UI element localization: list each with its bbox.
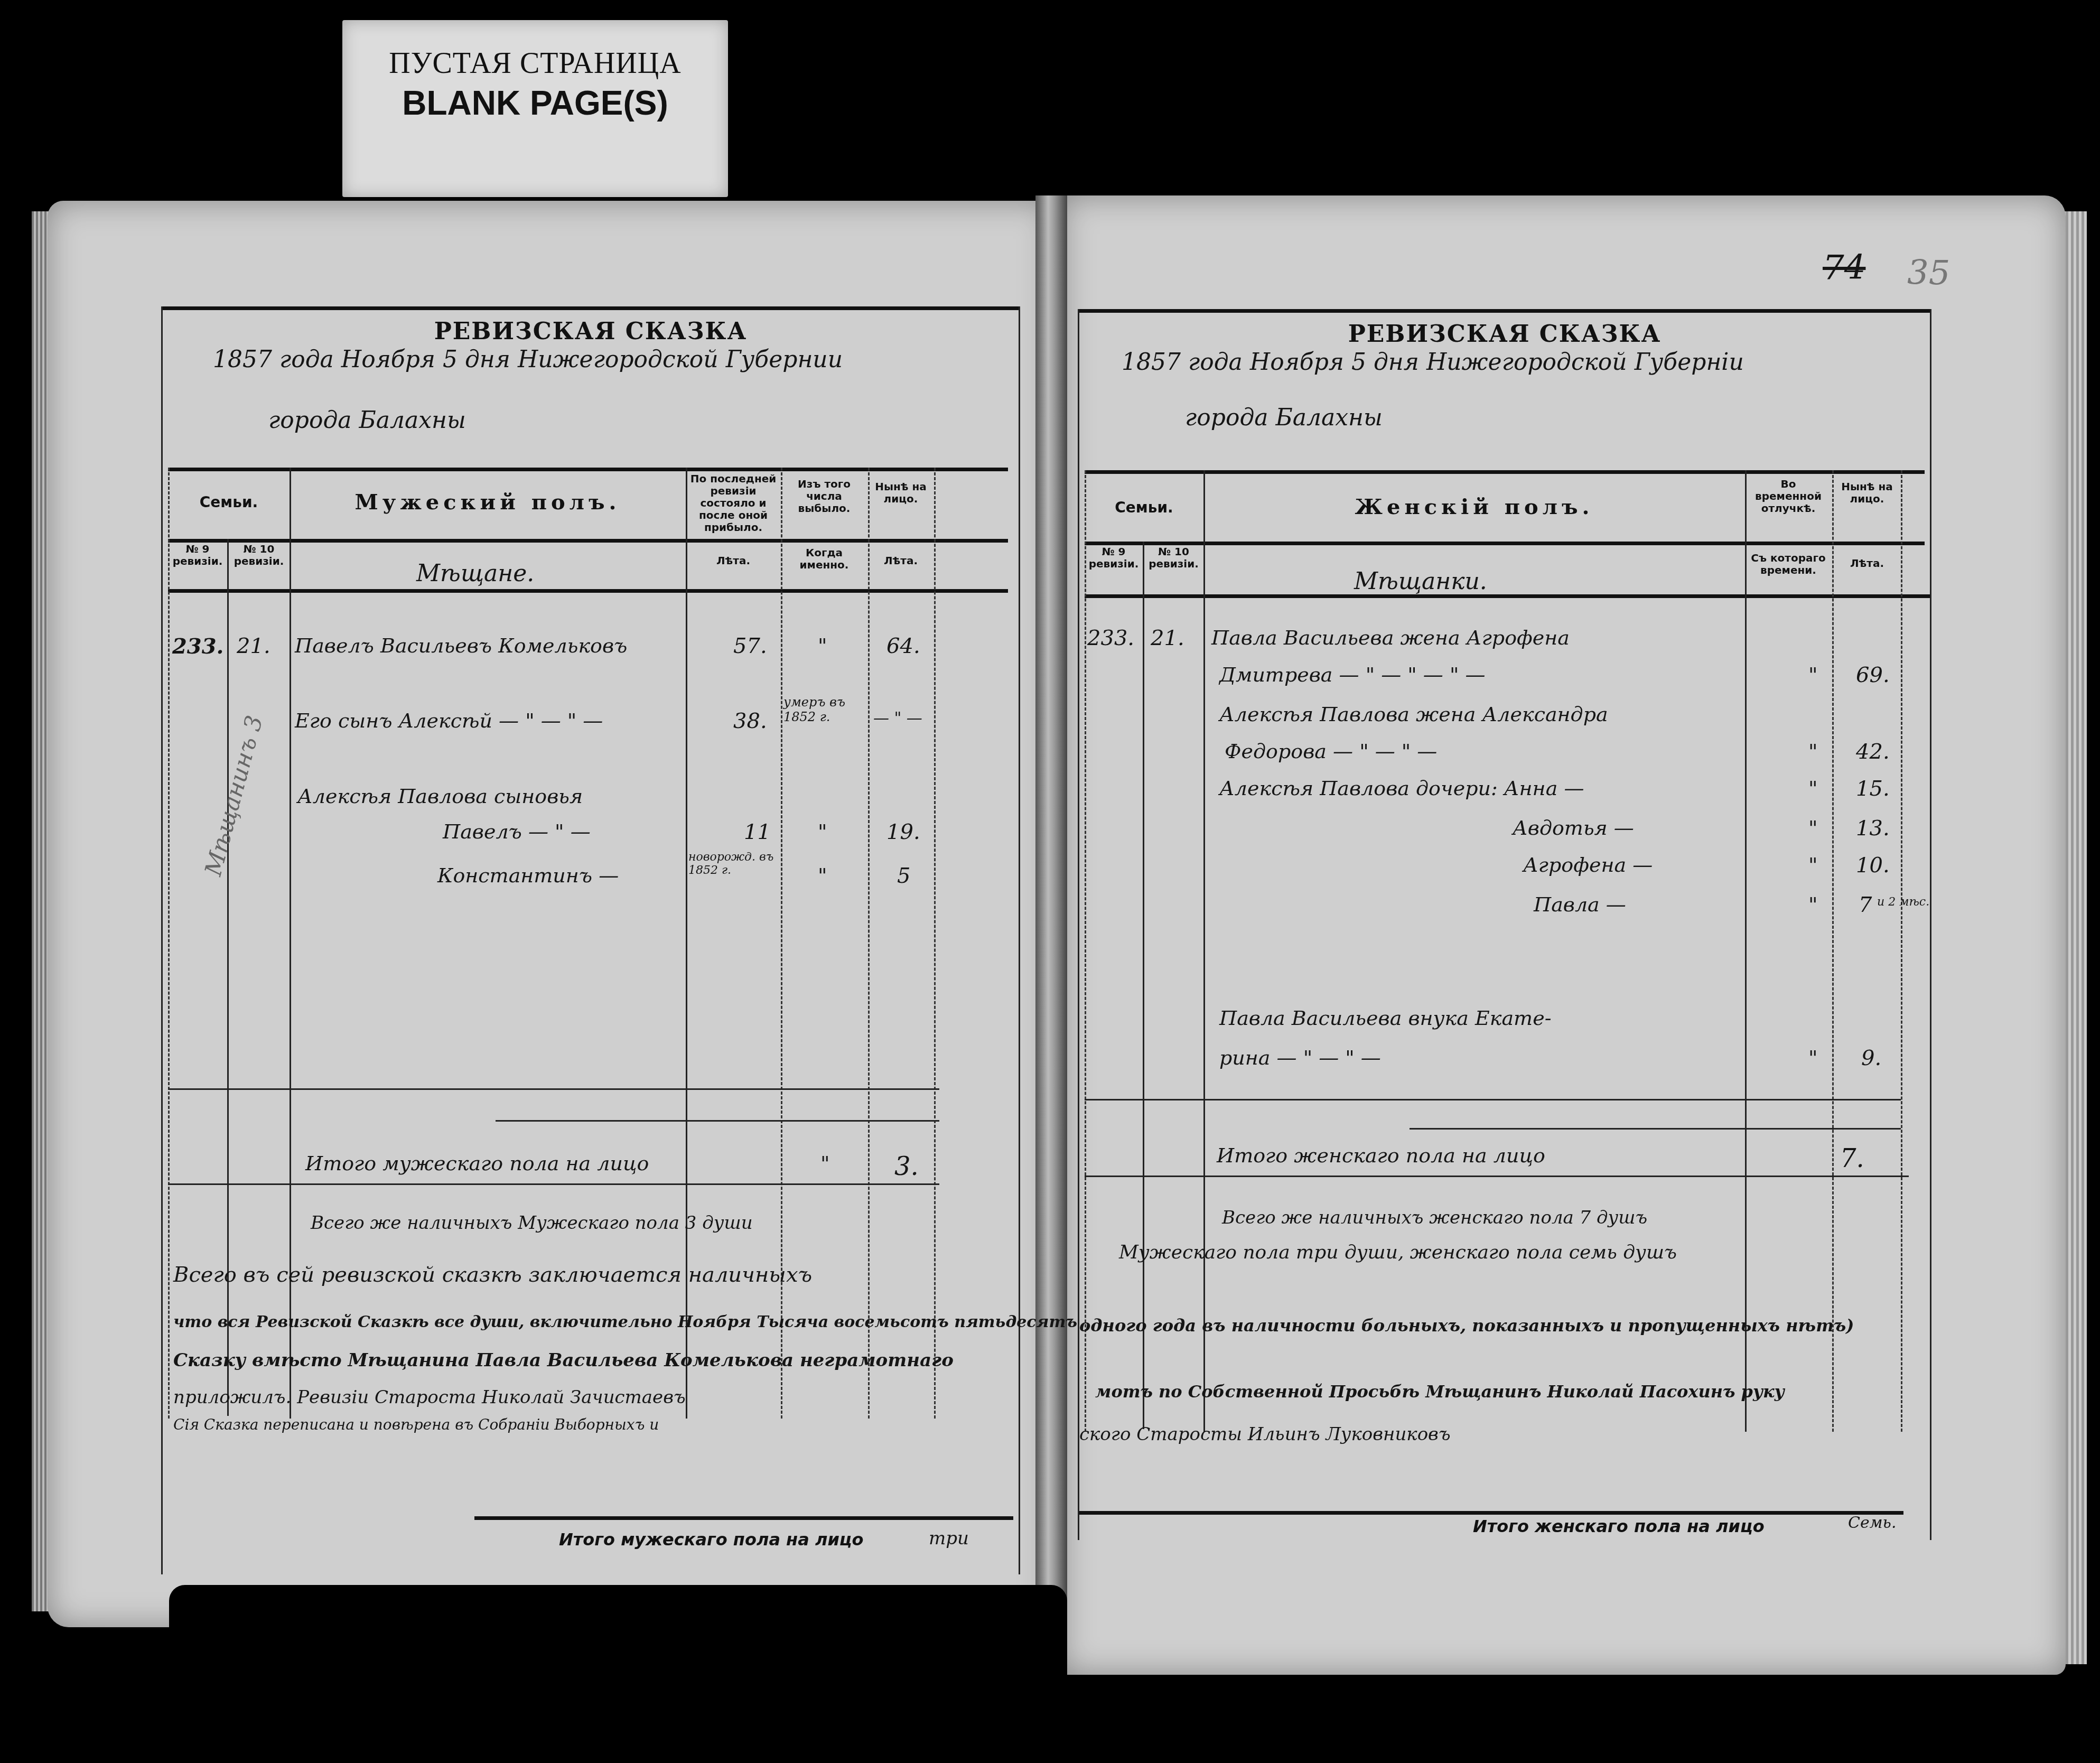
left-closing-4: приложилъ. Ревизіи Староста Николай Зачи… bbox=[173, 1387, 686, 1408]
right-summary: Всего же наличныхъ женскаго пола 7 душъ bbox=[1222, 1207, 1647, 1228]
right-col-line bbox=[1832, 470, 1834, 1432]
row-now-age: 64. bbox=[886, 634, 920, 658]
right-title: РЕВИЗСКАЯ СКАЗКА bbox=[1079, 321, 1930, 348]
right-header-rule bbox=[1085, 470, 1925, 474]
left-sub-years2: Лѣта. bbox=[869, 555, 932, 567]
row-name: Авдотья — bbox=[1513, 816, 1634, 839]
row-absent: " bbox=[1808, 816, 1817, 839]
row-now-age: 7 bbox=[1859, 893, 1872, 917]
right-closing-1: Мужескаго пола три души, женскаго пола с… bbox=[1119, 1242, 1677, 1263]
left-body-rule bbox=[168, 589, 1008, 593]
right-printed-total-rule bbox=[1079, 1511, 1903, 1515]
right-hdr-families: Семьи. bbox=[1085, 499, 1203, 516]
left-total-mark: " bbox=[820, 1152, 829, 1175]
left-total-bottom-rule bbox=[168, 1183, 939, 1185]
row-name: Павла — bbox=[1534, 893, 1626, 916]
left-summary: Всего же наличныхъ Мужескаго пола 3 души bbox=[311, 1212, 753, 1234]
right-closing-4: ского Старосты Ильинъ Луковниковъ bbox=[1079, 1424, 1451, 1445]
right-col-line bbox=[1745, 470, 1747, 1432]
row-name: Алексѣя Павлова сыновья bbox=[297, 785, 583, 808]
right-closing-2: одного года въ наличности больныхъ, пока… bbox=[1079, 1316, 1854, 1336]
right-sub-no9: № 9 ревизіи. bbox=[1085, 546, 1143, 570]
row-name: Его сынъ Алексѣй — " — " — bbox=[295, 709, 603, 732]
left-city-line: города Балахны bbox=[268, 407, 466, 434]
left-total-value: 3. bbox=[894, 1152, 919, 1181]
right-estate: Мѣщанки. bbox=[1354, 568, 1487, 595]
row-name: Алексѣя Павлова дочери: Анна — bbox=[1219, 777, 1584, 800]
left-hdr-families: Семьи. bbox=[168, 494, 290, 511]
row-name: Агрофена — bbox=[1523, 853, 1653, 876]
row-absent: " bbox=[1808, 740, 1817, 763]
row-no10: 21. bbox=[1151, 626, 1184, 650]
right-top-rule bbox=[1079, 309, 1930, 313]
row-no9: 233. bbox=[1087, 626, 1134, 650]
folio-struck: 74 bbox=[1823, 248, 1865, 287]
right-date-line: 1857 года Ноября 5 дня Нижегородской Губ… bbox=[1122, 349, 1744, 376]
row-absent: " bbox=[1808, 853, 1817, 876]
left-col-line bbox=[934, 468, 936, 1419]
row-extra: и 2 мѣс. bbox=[1877, 896, 1929, 909]
right-total-value: 7. bbox=[1840, 1144, 1864, 1173]
row-name: Алексѣя Павлова жена Александра bbox=[1219, 703, 1608, 726]
right-hdr-absent: Во временной отлучкѣ. bbox=[1746, 478, 1831, 515]
folio-current: 35 bbox=[1907, 254, 1950, 293]
right-printed-total: Итого женскаго пола на лицо bbox=[1473, 1516, 1765, 1536]
right-closing-3: мотъ по Собственной Просьбѣ Мѣщанинъ Ник… bbox=[1095, 1382, 1785, 1402]
row-absent: " bbox=[1808, 893, 1817, 916]
row-name: Дмитрева — " — " — " — bbox=[1219, 663, 1485, 686]
row-departed: " bbox=[818, 634, 827, 657]
left-date-line: 1857 года Ноября 5 дня Нижегородской Губ… bbox=[213, 346, 843, 373]
row-name: Федорова — " — " — bbox=[1225, 740, 1437, 763]
row-now-age: 10. bbox=[1856, 853, 1890, 878]
blank-page-label: ПУСТАЯ СТРАНИЦА BLANK PAGE(S) bbox=[342, 20, 728, 197]
right-sub-since: Съ котораго времени. bbox=[1746, 552, 1831, 576]
right-hdr-section: Женскій полъ. bbox=[1203, 495, 1745, 519]
row-name: рина — " — " — bbox=[1219, 1046, 1381, 1069]
row-absent: " bbox=[1808, 663, 1817, 686]
row-prev-age: 38. bbox=[733, 709, 767, 733]
left-total-top-rule bbox=[168, 1088, 939, 1090]
right-total-bottom-rule bbox=[1085, 1176, 1909, 1177]
blank-page-label-en: BLANK PAGE(S) bbox=[342, 83, 728, 123]
row-name: Павелъ Васильевъ Комельковъ bbox=[295, 634, 627, 657]
margin-note: Мѣщанинъ 3 bbox=[200, 713, 268, 879]
left-col-line bbox=[168, 468, 170, 1419]
right-city-line: города Балахны bbox=[1185, 404, 1383, 431]
left-estate: Мѣщане. bbox=[416, 560, 534, 587]
left-closing-1: Всего въ сей ревизской сказкѣ заключаетс… bbox=[173, 1263, 812, 1287]
right-col-line bbox=[1085, 470, 1086, 1432]
left-printed-total-rule bbox=[474, 1516, 1013, 1520]
row-now-age: 19. bbox=[886, 820, 920, 844]
left-top-rule bbox=[163, 306, 1019, 310]
right-total-label: Итого женскаго пола на лицо bbox=[1217, 1144, 1545, 1167]
right-sub-no10: № 10 ревизіи. bbox=[1144, 546, 1203, 570]
left-closing-3: Сказку вмѣсто Мѣщанина Павла Васильева К… bbox=[173, 1350, 954, 1371]
right-total-top-rule bbox=[1085, 1099, 1901, 1100]
left-printed-total: Итого мужескаго пола на лицо bbox=[559, 1529, 864, 1550]
row-departed: " bbox=[818, 820, 827, 843]
left-sub-no9: № 9 ревизіи. bbox=[168, 543, 227, 567]
left-sub-no10: № 10 ревизіи. bbox=[228, 543, 290, 567]
row-name: Павла Васильева внука Екате- bbox=[1219, 1006, 1551, 1030]
left-total-label: Итого мужескаго пола на лицо bbox=[305, 1152, 649, 1175]
left-header-rule bbox=[168, 468, 1008, 471]
row-now-age: 5 bbox=[897, 864, 910, 888]
scanner-shadow bbox=[169, 1585, 1067, 1763]
left-total-mid-rule bbox=[496, 1120, 939, 1122]
row-prev-age: 11 bbox=[744, 820, 771, 844]
row-prev-age: новорожд. въ 1852 г. bbox=[688, 851, 781, 877]
row-no10: 21. bbox=[237, 634, 270, 658]
row-now-age: 13. bbox=[1856, 816, 1890, 841]
right-sub-years: Лѣта. bbox=[1833, 557, 1901, 570]
left-hdr-last-revision: По последней ревизіи состояло и после он… bbox=[687, 473, 780, 534]
left-title: РЕВИЗСКАЯ СКАЗКА bbox=[163, 318, 1019, 345]
right-hdr-present: Нынѣ на лицо. bbox=[1833, 481, 1901, 505]
left-closing-5: Сія Сказка переписана и повѣрена въ Собр… bbox=[173, 1416, 659, 1433]
left-sub-years: Лѣта. bbox=[687, 555, 780, 567]
right-col-line bbox=[1203, 470, 1205, 1432]
row-departed: умеръ въ 1852 г. bbox=[783, 695, 868, 724]
blank-page-label-ru: ПУСТАЯ СТРАНИЦА bbox=[342, 46, 728, 80]
book-spine bbox=[1035, 195, 1067, 1675]
row-now-age: 15. bbox=[1856, 777, 1890, 801]
right-body-rule bbox=[1085, 594, 1930, 598]
right-col-line bbox=[1143, 542, 1144, 1429]
row-now-age: 42. bbox=[1856, 740, 1890, 764]
row-now-age: 9. bbox=[1861, 1046, 1881, 1070]
left-form: РЕВИЗСКАЯ СКАЗКА 1857 года Ноября 5 дня … bbox=[161, 306, 1020, 1574]
row-name: Павла Васильева жена Агрофена bbox=[1211, 626, 1570, 649]
row-absent: " bbox=[1808, 1046, 1817, 1069]
left-printed-total-hand: три bbox=[929, 1528, 969, 1549]
row-name: Павелъ — " — bbox=[443, 820, 591, 843]
row-departed: " bbox=[818, 864, 827, 887]
left-closing-2: что вся Ревизской Сказкѣ все души, включ… bbox=[173, 1313, 1077, 1331]
row-now-age: 69. bbox=[1856, 663, 1890, 687]
right-subheader-rule bbox=[1085, 542, 1925, 545]
row-prev-age: 57. bbox=[733, 634, 767, 658]
row-now-age: — " — bbox=[873, 709, 922, 727]
left-hdr-departed: Изъ того числа выбыло. bbox=[782, 478, 866, 515]
right-col-line bbox=[1901, 470, 1902, 1432]
row-no9: 233. bbox=[172, 634, 223, 659]
right-form: РЕВИЗСКАЯ СКАЗКА 1857 года Ноября 5 дня … bbox=[1078, 309, 1931, 1540]
left-hdr-section: Мужеский полъ. bbox=[290, 490, 686, 515]
right-total-mid-rule bbox=[1410, 1128, 1901, 1130]
row-absent: " bbox=[1808, 777, 1817, 800]
row-name: Константинъ — bbox=[437, 864, 619, 887]
left-hdr-present: Нынѣ на лицо. bbox=[869, 481, 932, 505]
right-printed-total-hand: Семь. bbox=[1848, 1514, 1896, 1532]
left-subheader-rule bbox=[168, 539, 1008, 543]
left-col-line bbox=[868, 468, 870, 1419]
left-sub-when: Когда именно. bbox=[782, 547, 866, 571]
